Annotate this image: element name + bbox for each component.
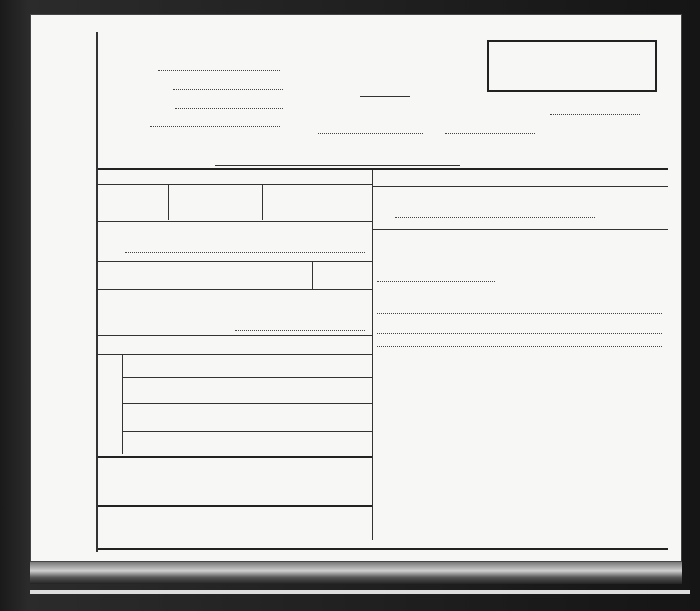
form-left-border [96,32,98,552]
bottom-line [98,548,668,550]
row-line-1 [98,221,372,222]
row-line-3 [98,289,372,290]
paper-fold-shadow [30,562,682,584]
personal-heading-line [98,184,372,185]
section-divider [98,168,668,170]
medical-heading-line [373,186,668,187]
cause-line-3-rule [377,346,662,347]
certificate-paper [30,14,682,562]
column-divider [372,170,373,540]
row-line-6 [122,377,372,378]
street-line [318,133,423,134]
township-line [173,89,283,90]
ward-line [445,133,535,134]
dod-line [395,217,595,218]
sex-divider [168,184,169,220]
medical-line-1 [373,229,668,230]
age-divider [312,261,313,289]
last-seen-line [377,281,495,282]
title-divider [360,96,410,97]
registered-no-line [550,114,640,115]
occupation-b-line [235,330,365,331]
inc-town-line [175,108,283,109]
cause-line-2-rule [377,333,662,334]
row-line-9 [98,456,372,458]
row-line-8 [122,431,372,432]
paper-edge [30,590,690,594]
city-line [150,126,280,127]
county-line [158,70,280,71]
race-divider [262,184,263,220]
row-line-4 [98,335,372,336]
parents-divider [122,354,123,454]
file-number-box [487,40,657,92]
row-line-2 [98,261,372,262]
binding-margin [36,100,94,570]
row-line-5 [98,354,372,355]
dob-line [125,252,365,253]
row-line-7 [122,403,372,404]
row-line-10 [98,505,372,507]
full-name-line [215,165,460,166]
cause-line-1-rule [377,313,662,314]
